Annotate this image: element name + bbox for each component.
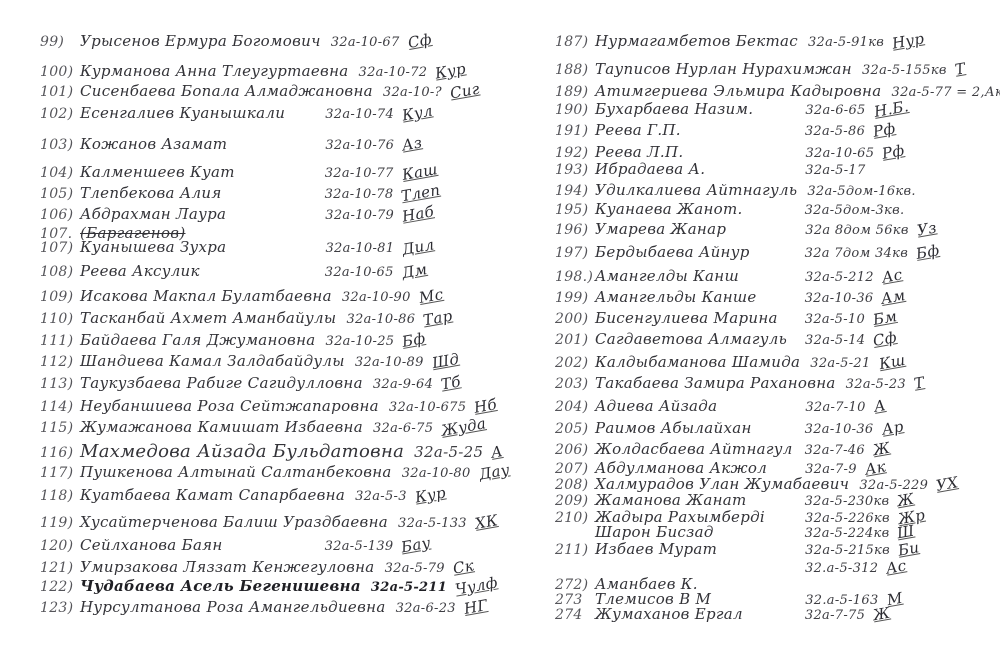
address: 32а-10-65 (325, 265, 394, 280)
signature: Рф (872, 119, 897, 141)
resident-name: Есенгалиев Куанышкали (80, 104, 285, 122)
signature: Тлеп (400, 181, 442, 206)
signature: Нб (473, 395, 499, 417)
resident-name: Куанаева Жанот. (595, 200, 743, 218)
address: 32а-5-139 (325, 539, 394, 554)
list-item: 206)Жолдасбаева Айтнагул32а-7-46Ж (555, 440, 995, 458)
signature: Каш (400, 160, 438, 184)
signature: Шд (430, 350, 460, 372)
list-item: 112)Шандиева Камал Залдабайдулы32а-10-89… (40, 352, 490, 370)
list-item: 107)Куанышева Зухра32а-10-81Дил (40, 238, 490, 256)
list-item: 194)Удилкалиева Айтнагуль32а-5дом-16кв. (555, 181, 995, 199)
list-item: 189)Атимгериева Эльмира Кадыровна32а-5-7… (555, 82, 995, 100)
resident-name: Сейлханова Баян (80, 536, 223, 554)
address: 32а-10-86 (346, 312, 415, 327)
list-item: 113)Таукузбаева Рабиге Сагидулловна32а-9… (40, 374, 490, 392)
list-item: 106)Абдрахман Лаура32а-10-79Наб (40, 205, 490, 223)
list-item: 104)Калменшеев Куат32а-10-77Каш (40, 163, 490, 181)
list-item: 121)Умирзакова Ляззат Кенжегуловна32а-5-… (40, 558, 490, 576)
right-page: 187)Нурмагамбетов Бектас32а-5-91квНур188… (555, 0, 995, 648)
address: 32а-10-81 (325, 241, 394, 256)
signature: Т (953, 59, 966, 79)
list-item: 32.а-5-312Ас (555, 558, 995, 576)
list-item: 116)Махмедова Айзада Бульдатовна32а-5-25… (40, 441, 490, 462)
signature: Наб (401, 202, 436, 225)
left-page: 99)Урысенов Ермура Богомович32а-10-67Сф1… (40, 0, 490, 648)
list-item: 103)Кожанов Азамат32а-10-76Аз (40, 135, 490, 153)
address: 32а-7-10 (805, 400, 865, 415)
list-item: Шарон Бисзад32а-5-224квШ (555, 523, 995, 541)
entry-number: 274 (555, 607, 595, 623)
signature: Кш (877, 351, 906, 373)
entry-number: 200) (555, 311, 595, 327)
address: 32а-5-21 (810, 356, 870, 371)
address: 32а-5дом-3кв. (805, 203, 905, 218)
address: 32а-10-76 (325, 138, 394, 153)
address: 32а-10-77 (325, 166, 394, 181)
resident-name: Байдаева Галя Джумановна (80, 331, 316, 349)
list-item: 119)Хусайтерченова Балиш Ураздбаевна32а-… (40, 513, 490, 531)
resident-name: Ибрадаева А. (595, 160, 705, 178)
list-item: 191)Реева Г.П.32а-5-86Рф (555, 121, 995, 139)
signature: Чулф (454, 573, 499, 598)
resident-name: Бисенгулиева Марина (595, 309, 778, 327)
list-item: 200)Бисенгулиева Марина32а-5-10Бм (555, 309, 995, 327)
resident-name: Амангелды Канш (595, 267, 739, 285)
list-item: 110)Тасканбай Ахмет Аманбайулы32а-10-86Т… (40, 309, 490, 327)
list-item: 209)Жаманова Жанат32а-5-230квЖ (555, 491, 995, 509)
signature: Бау (400, 534, 432, 557)
address: 32а-10-675 (389, 400, 466, 415)
signature: Тб (440, 372, 463, 393)
list-item: 114)Неубаншиева Роза Сейтжапаровна32а-10… (40, 397, 490, 415)
signature: Уз (915, 218, 937, 239)
entry-number: 211) (555, 542, 595, 558)
list-item: 197)Бердыбаева Айнур32а 7дом 34квБф (555, 243, 995, 261)
entry-number: 119) (40, 515, 80, 531)
address: 32а-6-23 (396, 601, 456, 616)
signature: Бм (872, 307, 899, 329)
entry-number: 121) (40, 560, 80, 576)
list-item: 198.)Амангелды Канш32а-5-212Ас (555, 267, 995, 285)
address: 32а-5-77 = 2,Ак (892, 85, 1000, 100)
entry-number: 188) (555, 62, 595, 78)
address: 32а-5-133 (398, 516, 467, 531)
signature: Бф (915, 241, 941, 263)
address: 32а-5-230кв (805, 494, 890, 509)
address: 32а-6-75 (373, 421, 433, 436)
list-item: 211)Избаев Мурат32а-5-215квБи (555, 540, 995, 558)
resident-name: Удилкалиева Айтнагуль (595, 181, 797, 199)
list-item: 117)Пушкенова Алтынай Салтанбековна32а-1… (40, 463, 490, 481)
resident-name: Урысенов Ермура Богомович (80, 32, 321, 50)
resident-name: Исакова Макпал Булатбаевна (80, 287, 332, 305)
entry-number: 196) (555, 222, 595, 238)
signature: Н.Б. (872, 97, 909, 121)
address: 32а-5-224кв (805, 526, 890, 541)
signature: Дил (401, 235, 436, 258)
entry-number: 187) (555, 34, 595, 50)
list-item: 192)Реева Л.П.32а-10-65Рф (555, 143, 995, 161)
address: 32а-7-46 (805, 443, 865, 458)
signature: Ж (872, 604, 892, 625)
address: 32а-10-67 (331, 35, 400, 50)
list-item: 188)Тауписов Нурлан Нурахимжан32а-5-155к… (555, 60, 995, 78)
address: 32а-10-89 (355, 355, 424, 370)
address: 32а-5-25 (414, 443, 483, 461)
signature: Нур (891, 29, 926, 52)
address: 32а-5-212 (805, 270, 874, 285)
list-item: 123)Нурсултанова Роза Амангельдиевна32а-… (40, 598, 490, 616)
list-item: 274Жумаханов Ергал32а-7-75Ж (555, 605, 995, 623)
resident-name: Кожанов Азамат (80, 135, 227, 153)
resident-name: Сисенбаева Бопала Алмаджановна (80, 82, 373, 100)
entry-number: 205) (555, 421, 595, 437)
entry-number: 190) (555, 102, 595, 118)
signature: Тар (422, 307, 454, 330)
address: 32а-5дом-16кв. (807, 184, 915, 199)
entry-number: 110) (40, 311, 80, 327)
address: 32.а-5-312 (805, 561, 878, 576)
entry-number: 203) (555, 376, 595, 392)
list-item: 100)Курманова Анна Тлеугуртаевна32а-10-7… (40, 62, 490, 80)
entry-number: 118) (40, 488, 80, 504)
entry-number: 99) (40, 34, 80, 50)
resident-name: Нурмагамбетов Бектас (595, 32, 798, 50)
signature: Кур (413, 483, 446, 506)
resident-name: Куатбаева Камат Сапарбаевна (80, 486, 345, 504)
signature: А (490, 442, 505, 462)
resident-name: Адиева Айзада (595, 397, 717, 415)
resident-name: Тлепбекова Алия (80, 184, 222, 202)
resident-name: Реева Л.П. (595, 143, 683, 161)
entry-number: 209) (555, 493, 595, 509)
resident-name: Умарева Жанар (595, 220, 726, 238)
resident-name: Реева Аксулик (80, 262, 200, 280)
address: 32а 7дом 34кв (805, 246, 908, 261)
entry-number: 117) (40, 465, 80, 481)
resident-name: Абдрахман Лаура (80, 205, 226, 223)
address: 32а-5-91кв (808, 35, 884, 50)
address: 32а-5-14 (805, 333, 865, 348)
address: 32а-5-155кв (862, 63, 947, 78)
address: 32а-10-72 (359, 65, 428, 80)
resident-name: Жумажанова Камишат Избаевна (80, 418, 363, 436)
address: 32а-6-65 (805, 103, 865, 118)
list-item: 204)Адиева Айзада32а-7-10А (555, 397, 995, 415)
entry-number: 194) (555, 183, 595, 199)
signature: Сиг (449, 80, 481, 103)
entry-number: 122) (40, 579, 80, 595)
entry-number: 104) (40, 165, 80, 181)
entry-number: 204) (555, 399, 595, 415)
entry-number: 202) (555, 355, 595, 371)
list-item: 108)Реева Аксулик32а-10-65Дм (40, 262, 490, 280)
entry-number: 206) (555, 442, 595, 458)
resident-name: Шандиева Камал Залдабайдулы (80, 352, 345, 370)
resident-name: Тауписов Нурлан Нурахимжан (595, 60, 852, 78)
entry-number: 108) (40, 264, 80, 280)
resident-name: Пушкенова Алтынай Салтанбековна (80, 463, 392, 481)
address: 32а-10-80 (402, 466, 471, 481)
entry-number: 193) (555, 162, 595, 178)
list-item: 199)Амангельды Канше32а-10-36Ам (555, 288, 995, 306)
signature: Сф (406, 30, 433, 52)
resident-name: Умирзакова Ляззат Кенжегуловна (80, 558, 375, 576)
resident-name: Сагдаветова Алмагуль (595, 330, 787, 348)
signature: Дау (477, 460, 510, 483)
address: 32а-5-79 (385, 561, 445, 576)
entry-number: 197) (555, 245, 595, 261)
address: 32а-5-17 (805, 163, 865, 178)
entry-number: 103) (40, 137, 80, 153)
entry-number: 111) (40, 333, 80, 349)
entry-number: 189) (555, 84, 595, 100)
resident-name: Калдыбаманова Шамида (595, 353, 800, 371)
entry-number: 198.) (555, 269, 595, 285)
address: 32а-10-36 (805, 291, 874, 306)
entry-number: 106) (40, 207, 80, 223)
resident-name: Курманова Анна Тлеугуртаевна (80, 62, 349, 80)
address: 32а-10-90 (342, 290, 411, 305)
entry-number: 115) (40, 420, 80, 436)
resident-name: Жумаханов Ергал (595, 605, 743, 623)
entry-number: 201) (555, 332, 595, 348)
resident-name: Жаманова Жанат (595, 491, 747, 509)
signature: Ар (880, 417, 904, 438)
list-item: 122)Чудабаева Асель Бегенишевна32а-5-211… (40, 577, 490, 595)
signature: Ск (451, 556, 475, 577)
address: 32а-9-64 (373, 377, 433, 392)
resident-name: Атимгериева Эльмира Кадыровна (595, 82, 882, 100)
entry-number: 114) (40, 399, 80, 415)
entry-number: 102) (40, 106, 80, 122)
entry-number: 191) (555, 123, 595, 139)
address: 32а-5-215кв (805, 543, 890, 558)
address: 32а-10-36 (805, 422, 874, 437)
entry-number: 101) (40, 84, 80, 100)
signature: Жуда (440, 414, 488, 440)
entry-number: 107) (40, 240, 80, 256)
list-item: 196)Умарева Жанар32а 8дом 56квУз (555, 220, 995, 238)
list-item: 109)Исакова Макпал Булатбаевна32а-10-90М… (40, 287, 490, 305)
list-item: 203)Такабаева Замира Рахановна32а-5-23Т (555, 374, 995, 392)
resident-name: Шарон Бисзад (595, 523, 714, 541)
entry-number: 116) (40, 445, 80, 461)
entry-number: 109) (40, 289, 80, 305)
list-item: 190)Бухарбаева Назим.32а-6-65Н.Б. (555, 100, 995, 118)
list-item: 187)Нурмагамбетов Бектас32а-5-91квНур (555, 32, 995, 50)
signature: Ж (871, 439, 891, 460)
resident-name: Такабаева Замира Рахановна (595, 374, 836, 392)
list-item: 201)Сагдаветова Алмагуль32а-5-14Сф (555, 330, 995, 348)
entry-number: 192) (555, 145, 595, 161)
entry-number: 123) (40, 600, 80, 616)
signature: Дм (400, 260, 428, 282)
entry-number: 113) (40, 376, 80, 392)
signature: Бф (401, 329, 427, 351)
resident-name: Реева Г.П. (595, 121, 681, 139)
address: 32а-5-23 (846, 377, 906, 392)
address: 32а-7-75 (805, 608, 865, 623)
address: 32а-5-86 (805, 124, 865, 139)
list-item: 105)Тлепбекова Алия32а-10-78Тлеп (40, 184, 490, 202)
address: 32а-10-65 (805, 146, 874, 161)
entry-number: 195) (555, 202, 595, 218)
list-item: 115)Жумажанова Камишат Избаевна32а-6-75Ж… (40, 418, 490, 436)
resident-name: Амангельды Канше (595, 288, 757, 306)
entry-number: 100) (40, 64, 80, 80)
list-item: 202)Калдыбаманова Шамида32а-5-21Кш (555, 353, 995, 371)
address: 32а-10-? (383, 85, 442, 100)
signature: Сф (872, 328, 899, 350)
entry-number: 105) (40, 186, 80, 202)
list-item: 99)Урысенов Ермура Богомович32а-10-67Сф (40, 32, 490, 50)
signature: ХК (474, 511, 500, 533)
list-item: 101)Сисенбаева Бопала Алмаджановна32а-10… (40, 82, 490, 100)
resident-name: Хусайтерченова Балиш Ураздбаевна (80, 513, 388, 531)
resident-name: Жолдасбаева Айтнагул (595, 440, 793, 458)
address: 32а-10-74 (325, 107, 394, 122)
resident-name: Чудабаева Асель Бегенишевна (80, 577, 361, 595)
resident-name: Избаев Мурат (595, 540, 717, 558)
address: 32а-10-78 (325, 187, 394, 202)
signature: Кур (434, 59, 467, 82)
resident-name: Калменшеев Куат (80, 163, 235, 181)
resident-name: Бухарбаева Назим. (595, 100, 753, 118)
resident-name: Тасканбай Ахмет Аманбайулы (80, 309, 336, 327)
resident-name: Раимов Абылайхан (595, 419, 752, 437)
signature: Ас (880, 265, 903, 286)
list-item: 118)Куатбаева Камат Сапарбаевна32а-5-3Ку… (40, 486, 490, 504)
address: 32а-5-10 (805, 312, 865, 327)
address: 32а-5-3 (355, 489, 407, 504)
signature: НГ (462, 596, 488, 618)
list-item: 193)Ибрадаева А.32а-5-17 (555, 160, 995, 178)
resident-name: Нурсултанова Роза Амангельдиевна (80, 598, 386, 616)
entry-number: 120) (40, 538, 80, 554)
list-item: 205)Раимов Абылайхан32а-10-36Ар (555, 419, 995, 437)
list-item: 120)Сейлханова Баян32а-5-139Бау (40, 536, 490, 554)
signature: Аз (401, 133, 424, 154)
list-item: 111)Байдаева Галя Джумановна32а-10-25Бф (40, 331, 490, 349)
entry-number: 199) (555, 290, 595, 306)
entry-number: 112) (40, 354, 80, 370)
signature: Т (912, 373, 925, 393)
address: 32а-10-79 (325, 208, 394, 223)
resident-name: Махмедова Айзада Бульдатовна (80, 441, 404, 462)
list-item: 102)Есенгалиев Куанышкали32а-10-74Кул (40, 104, 490, 122)
resident-name: Бердыбаева Айнур (595, 243, 750, 261)
list-item: 195)Куанаева Жанот.32а-5дом-3кв. (555, 200, 995, 218)
signature: Мс (417, 285, 444, 307)
address: 32а-10-25 (326, 334, 395, 349)
address: 32а-5-211 (371, 580, 447, 595)
resident-name: Неубаншиева Роза Сейтжапаровна (80, 397, 379, 415)
address: 32а 8дом 56кв (805, 223, 908, 238)
resident-name: Куанышева Зухра (80, 238, 226, 256)
signature: Кул (401, 101, 434, 124)
signature: Ам (880, 286, 907, 308)
resident-name: Таукузбаева Рабиге Сагидулловна (80, 374, 363, 392)
signature: А (872, 396, 887, 416)
